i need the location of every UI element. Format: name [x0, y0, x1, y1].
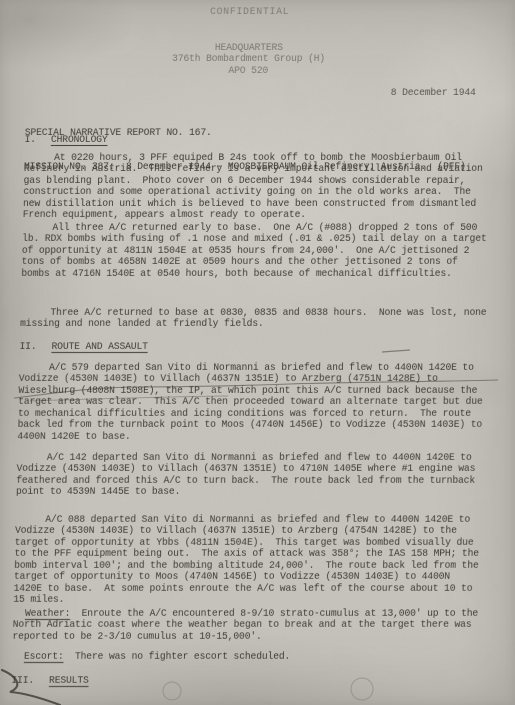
report-date: 8 December 1944 — [391, 87, 476, 98]
section-number: III. — [11, 675, 34, 686]
section-title: ROUTE AND ASSAULT — [51, 341, 148, 352]
unit-header: HEADQUARTERS 376th Bombardment Group (H)… — [0, 42, 499, 76]
para-takeoff: At 0220 hours, 3 PFF equiped B 24s took … — [23, 152, 493, 221]
escort-text: There was no fighter escort scheduled. — [63, 651, 290, 662]
apo-line: APO 520 — [0, 65, 498, 76]
para-ac142-route: A/C 142 departed San Vito di Normanni as… — [16, 452, 485, 498]
typewritten-content: CONFIDENTIAL HEADQUARTERS 376th Bombardm… — [0, 0, 515, 705]
escort-note: Escort: There was no fighter escort sche… — [12, 651, 480, 662]
section-number: I. — [24, 134, 36, 145]
group-name: 376th Bombardment Group (H) — [0, 53, 499, 64]
para-ac579-route: A/C 579 departed San Vito di Normanni as… — [17, 362, 487, 442]
para-landings: Three A/C returned to base at 0830, 0835… — [20, 307, 489, 330]
section-title: RESULTS — [49, 675, 89, 686]
weather-text: Enroute the A/C encountered 8-9/10 strat… — [12, 608, 484, 642]
weather-note: Weather: Enroute the A/C encountered 8-9… — [12, 608, 481, 642]
escort-label: Escort: — [24, 651, 64, 662]
classification-stamp: CONFIDENTIAL — [0, 6, 500, 17]
para-early-returns: All three A/C returned early to base. On… — [21, 222, 490, 279]
scanned-report-page: CONFIDENTIAL HEADQUARTERS 376th Bombardm… — [0, 0, 515, 705]
section-heading-results: III.RESULTS — [11, 675, 89, 686]
section-heading-chronology: I.CHRONOLOGY — [24, 134, 107, 145]
section-heading-route-assault: II.ROUTE AND ASSAULT — [19, 341, 148, 352]
para-ac088-route: A/C 088 departed San Vito di Normanni as… — [13, 514, 483, 606]
unit-name: HEADQUARTERS — [0, 42, 499, 53]
weather-label: Weather: — [25, 608, 71, 619]
section-number: II. — [19, 341, 36, 352]
section-title: CHRONOLOGY — [51, 134, 108, 145]
